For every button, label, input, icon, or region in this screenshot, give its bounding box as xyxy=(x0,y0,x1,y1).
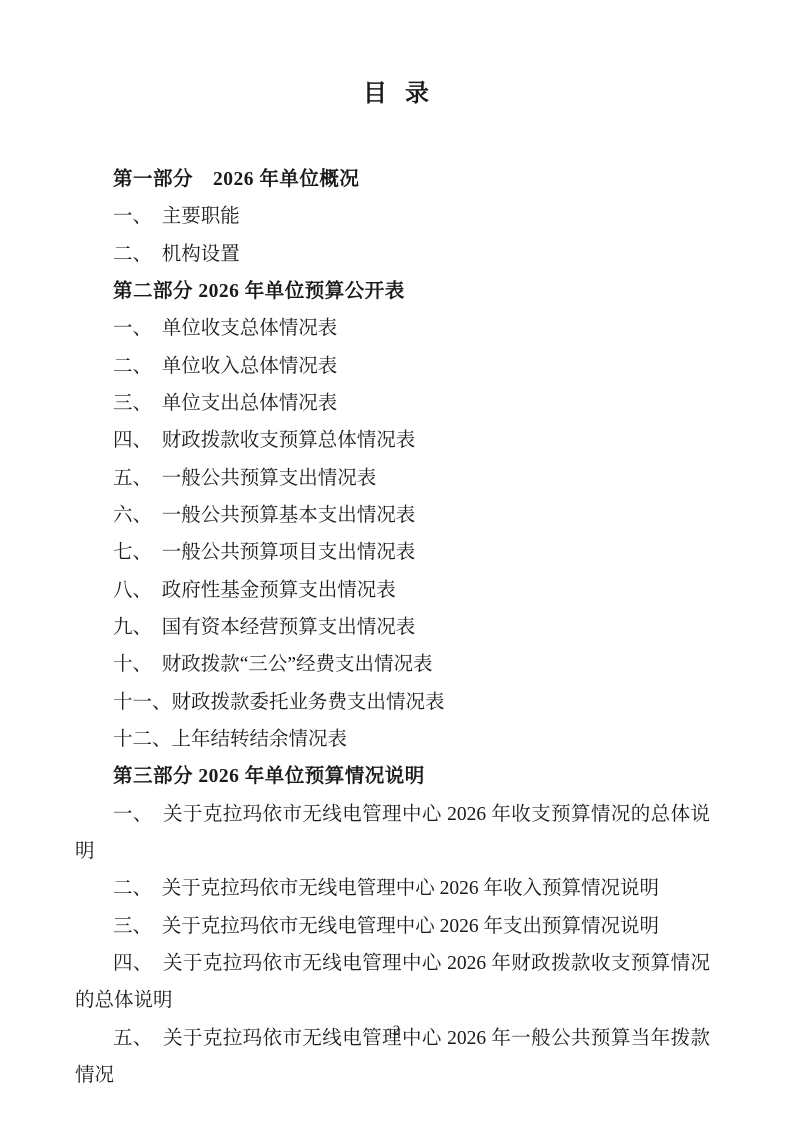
toc-item: 一、 主要职能 xyxy=(75,198,710,235)
toc-section-heading-part3: 第三部分 2026 年单位预算情况说明 xyxy=(75,758,710,795)
toc-item: 四、 财政拨款收支预算总体情况表 xyxy=(75,422,710,459)
page-number: 2 xyxy=(0,1022,793,1040)
toc-item: 二、 机构设置 xyxy=(75,236,710,273)
toc-section-heading-part2: 第二部分 2026 年单位预算公开表 xyxy=(75,273,710,310)
toc-section-heading-part1: 第一部分 2026 年单位概况 xyxy=(75,161,710,198)
document-page: 目 录 第一部分 2026 年单位概况 一、 主要职能 二、 机构设置 第二部分… xyxy=(0,0,793,1122)
toc-item: 九、 国有资本经营预算支出情况表 xyxy=(75,609,710,646)
toc-item: 五、 一般公共预算支出情况表 xyxy=(75,460,710,497)
toc-item: 一、 单位收支总体情况表 xyxy=(75,310,710,347)
toc-item: 三、 单位支出总体情况表 xyxy=(75,385,710,422)
toc-item: 八、 政府性基金预算支出情况表 xyxy=(75,572,710,609)
toc-item: 一、 关于克拉玛依市无线电管理中心 2026 年收支预算情况的总体说明 xyxy=(75,796,710,871)
toc-item: 六、 一般公共预算基本支出情况表 xyxy=(75,497,710,534)
toc-item: 二、 单位收入总体情况表 xyxy=(75,348,710,385)
table-of-contents: 第一部分 2026 年单位概况 一、 主要职能 二、 机构设置 第二部分 202… xyxy=(75,161,710,1094)
toc-item: 三、 关于克拉玛依市无线电管理中心 2026 年支出预算情况说明 xyxy=(75,908,710,945)
toc-item: 十一、财政拨款委托业务费支出情况表 xyxy=(75,684,710,721)
toc-item: 四、 关于克拉玛依市无线电管理中心 2026 年财政拨款收支预算情况的总体说明 xyxy=(75,945,710,1020)
toc-item: 十二、上年结转结余情况表 xyxy=(75,721,710,758)
toc-item: 二、 关于克拉玛依市无线电管理中心 2026 年收入预算情况说明 xyxy=(75,870,710,907)
toc-item: 七、 一般公共预算项目支出情况表 xyxy=(75,534,710,571)
page-title: 目 录 xyxy=(0,76,793,113)
toc-item: 十、 财政拨款“三公”经费支出情况表 xyxy=(75,646,710,683)
